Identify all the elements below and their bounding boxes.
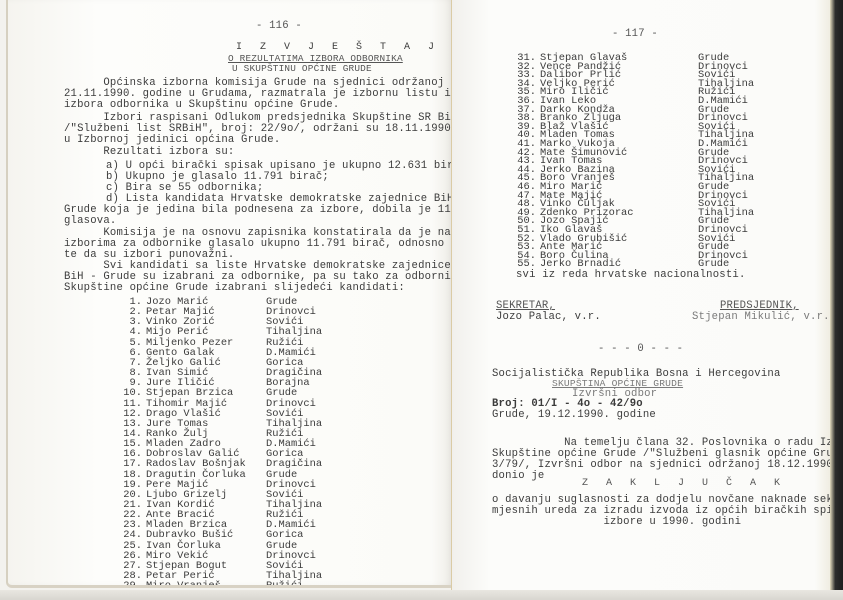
page-number: - 116 - bbox=[256, 20, 302, 32]
document-date: Grude, 19.12.1990. godine bbox=[492, 409, 656, 421]
document-subtitle-2: U SKUPŠTINU OPĆINE GRUDE bbox=[232, 63, 372, 75]
page-116: - 116 - I Z V J E Š T A J O REZULTATIMA … bbox=[6, 0, 454, 588]
candidate-place: Ružići bbox=[266, 581, 303, 588]
separator: - - - 0 - - - bbox=[598, 343, 683, 355]
president-name: Stjepan Mikulić, v.r. bbox=[692, 311, 830, 323]
text-line: izbora odbornika u Skupštinu općine Grud… bbox=[64, 99, 339, 111]
scanned-book-spread: - 116 - I Z V J E Š T A J O REZULTATIMA … bbox=[0, 0, 843, 600]
text-line: Grude koja je jedina bila podnesena za i… bbox=[64, 204, 454, 216]
text-line: u Izbornoj jedinici općina Grude. bbox=[64, 134, 280, 146]
text-line: izbore u 1990. godini bbox=[492, 516, 741, 528]
closing-line: svi iz reda hrvatske nacionalnosti. bbox=[516, 269, 746, 281]
text-line: glasova. bbox=[64, 215, 116, 227]
scan-edge bbox=[830, 0, 843, 600]
secretary-name: Jozo Palac, v.r. bbox=[496, 311, 601, 323]
text-line: Skupštine općine Grude izabrani slijedeć… bbox=[64, 282, 405, 294]
decision-title: Z A K L J U Č A K bbox=[582, 478, 786, 490]
text-line: donio je bbox=[492, 470, 544, 482]
scan-bottom-edge bbox=[0, 590, 843, 600]
candidate-number: 29. bbox=[120, 581, 142, 588]
candidate-name: Miro Vranješ bbox=[146, 581, 221, 588]
page-117: - 117 - 31.Stjepan GlavašGrude32.Vence P… bbox=[452, 0, 830, 592]
page-number: - 117 - bbox=[612, 28, 658, 40]
results-intro: Rezultati izbora su: bbox=[64, 146, 235, 158]
